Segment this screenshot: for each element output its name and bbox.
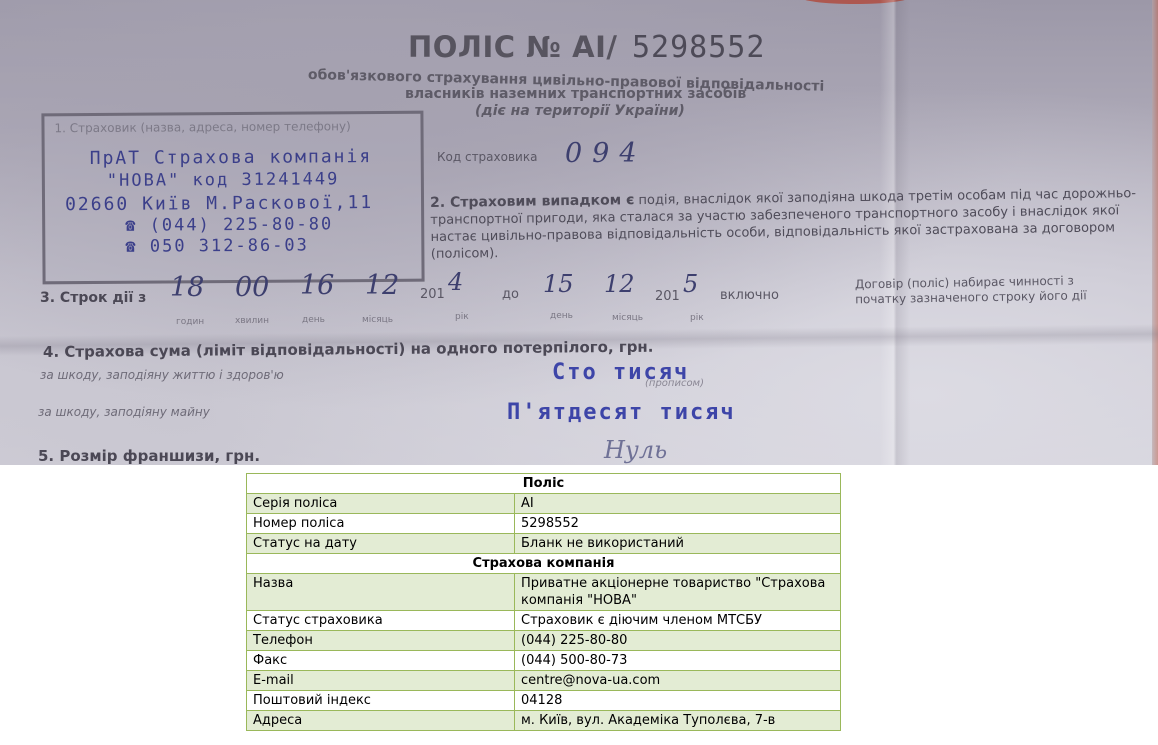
caption-month: місяць [612, 313, 643, 323]
term-inclusive-label: включно [720, 288, 779, 303]
field-value: Бланк не використаний [515, 534, 841, 554]
stamp-line: "НОВА" код 31241449 [107, 169, 340, 191]
policy-title: ПОЛІС № АІ/ [408, 30, 618, 64]
paper-edge [1152, 0, 1158, 465]
field-label: E-mail [247, 671, 515, 691]
field-label: Статус на дату [247, 534, 515, 554]
stamp-line: 02660 Київ М.Раскової,11 [65, 192, 373, 215]
field-value: (044) 500-80-73 [515, 651, 841, 671]
field-label: Поштовий індекс [247, 691, 515, 711]
term-to-year-suffix: 5 [683, 270, 698, 298]
insured-event-label: 2. Страховим випадком є [430, 192, 634, 211]
field-value: м. Київ, вул. Академіка Туполєва, 7-в [515, 711, 841, 731]
insurer-box: 1. Страховик (назва, адреса, номер телеф… [41, 111, 424, 285]
table-row: Статус страховикаСтраховик є діючим член… [247, 611, 841, 631]
caption-day: день [302, 315, 325, 325]
field-label: Телефон [247, 631, 515, 651]
field-value: Приватне акціонерне товариство "Страхова… [515, 574, 841, 611]
stamp-line: ☎ 050 312-86-03 [125, 235, 309, 256]
caption-hours: годин [176, 317, 204, 327]
field-value: Страховик є діючим членом МТСБУ [515, 611, 841, 631]
field-label: Назва [247, 574, 515, 611]
insurer-box-label: 1. Страховик (назва, адреса, номер телеф… [54, 119, 350, 135]
property-label: за шкоду, заподіяну майну [38, 405, 210, 419]
caption-month: місяць [362, 315, 393, 325]
table-row: Факс(044) 500-80-73 [247, 651, 841, 671]
section-header-row: Поліс [247, 474, 841, 494]
term-to-year-prefix: 201 [655, 289, 680, 304]
field-label: Адреса [247, 711, 515, 731]
field-label: Факс [247, 651, 515, 671]
policy-number: 5298552 [632, 30, 765, 65]
table-row: Телефон(044) 225-80-80 [247, 631, 841, 651]
policy-territory: (діє на території України) [475, 103, 685, 119]
field-value: 04128 [515, 691, 841, 711]
caption-day: день [550, 311, 573, 321]
section-title: Поліс [247, 474, 841, 494]
validity-note: Договір (поліс) набирає чинності з почат… [855, 273, 1125, 308]
policy-photo: ПОЛІС № АІ/ 5298552 обов'язкового страху… [0, 0, 1158, 465]
insured-event-clause: 2. Страховим випадком є подія, внаслідок… [430, 185, 1146, 263]
field-label: Серія поліса [247, 494, 515, 514]
table-row: Поштовий індекс04128 [247, 691, 841, 711]
term-from-month: 12 [365, 270, 399, 301]
deductible-value: Нуль [604, 436, 667, 464]
insurer-code-value: 094 [565, 138, 647, 169]
field-label: Статус страховика [247, 611, 515, 631]
field-value: centre@nova-ua.com [515, 671, 841, 691]
term-from-hours: 18 [170, 272, 204, 303]
table-row: Номер поліса5298552 [247, 514, 841, 534]
caption-minutes: хвилин [235, 316, 269, 326]
policy-info-table: ПолісСерія полісаAIНомер поліса5298552Ст… [246, 473, 841, 731]
caption-year: рік [455, 312, 469, 322]
term-from-day: 16 [300, 270, 334, 301]
table-row: E-mailcentre@nova-ua.com [247, 671, 841, 691]
term-to-day: 15 [543, 270, 574, 298]
term-from-minutes: 00 [235, 272, 269, 303]
table-row: Статус на датуБланк не використаний [247, 534, 841, 554]
field-value: 5298552 [515, 514, 841, 534]
field-value: AI [515, 494, 841, 514]
property-value-stamp: П'ятдесят тисяч [507, 400, 736, 425]
stamp-line: ПрАТ Страхова компанія [90, 146, 373, 169]
term-from-year-suffix: 4 [448, 268, 463, 296]
field-value: (044) 225-80-80 [515, 631, 841, 651]
term-to-month: 12 [604, 270, 635, 298]
stamp-line: ☎ (044) 225-80-80 [125, 214, 333, 235]
table-row: НазваПриватне акціонерне товариство "Стр… [247, 574, 841, 611]
deductible-label: 5. Розмір франшизи, грн. [38, 447, 260, 465]
table-row: Адресам. Київ, вул. Академіка Туполєва, … [247, 711, 841, 731]
life-health-label: за шкоду, заподіяну життю і здоров'ю [40, 368, 284, 382]
section-title: Страхова компанія [247, 554, 841, 574]
term-to-label: до [502, 287, 519, 302]
section-header-row: Страхова компанія [247, 554, 841, 574]
in-words-hint: (прописом) [645, 378, 704, 389]
term-from-year-prefix: 201 [420, 287, 445, 302]
field-label: Номер поліса [247, 514, 515, 534]
term-label: 3. Строк дії з [40, 290, 146, 306]
table-row: Серія полісаAI [247, 494, 841, 514]
insurer-code-label: Код страховика [437, 150, 537, 164]
caption-year: рік [690, 313, 704, 323]
policy-subtitle: власників наземних транспортних засобів [405, 86, 746, 102]
